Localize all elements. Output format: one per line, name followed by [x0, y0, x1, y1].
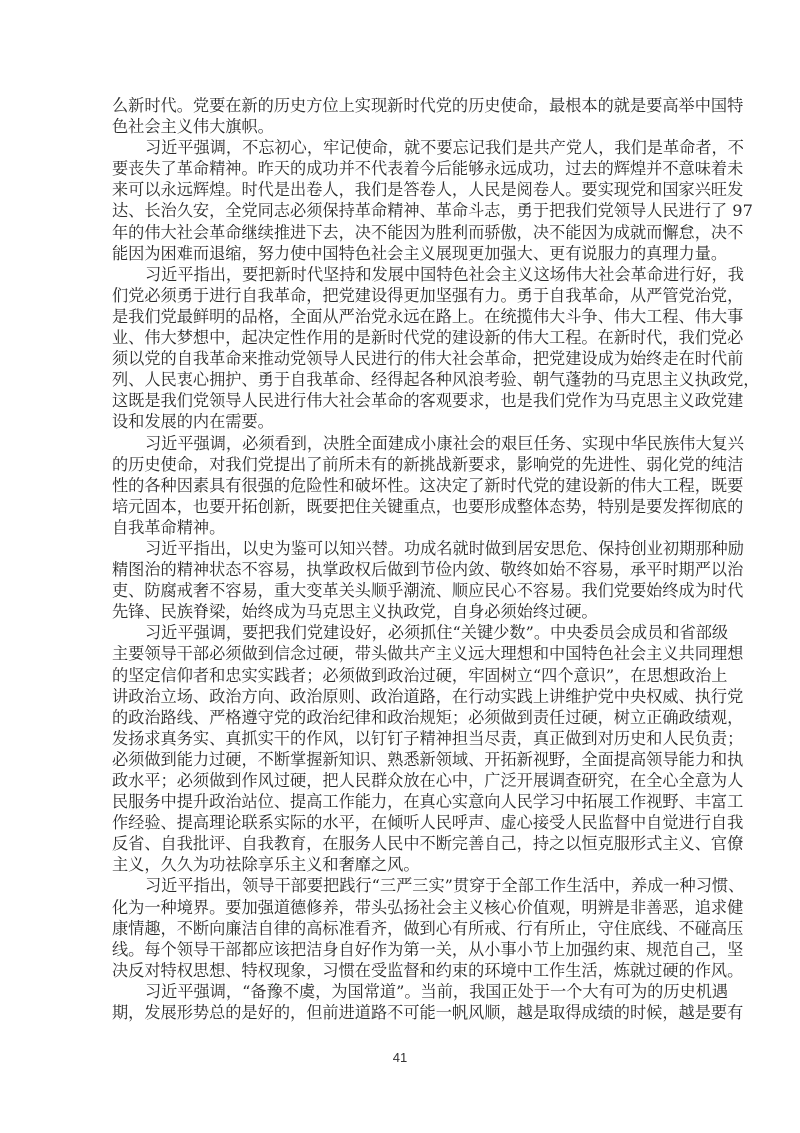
text-line: 化为一种境界。要加强道德修养，带头弘扬社会主义核心价值观，明辨是非善恶，追求健 [112, 897, 682, 918]
text-line: 线。每个领导干部都应该把洁身自好作为第一关，从小事小节上加强约束、规范自己，坚 [112, 939, 682, 960]
text-line: 年的伟大社会革命继续推进下去，决不能因为胜利而骄傲，决不能因为成就而懈怠，决不 [112, 222, 682, 243]
paragraph: 习近平强调，必须看到，决胜全面建成小康社会的艰巨任务、实现中华民族伟大复兴的历史… [112, 433, 682, 538]
text-line: 讲政治立场、政治方向、政治原则、政治道路，在行动实践上讲维护党中央权威、执行党 [112, 686, 682, 707]
paragraph: 习近平强调，要把我们党建设好，必须抓住“关键少数”。中央委员会成员和省部级主要领… [112, 622, 682, 875]
text-line: 习近平指出，领导干部要把践行“三严三实”贯穿于全部工作生活中，养成一种习惯、 [112, 875, 682, 896]
text-line: 列、人民衷心拥护、勇于自我革命、经得起各种风浪考验、朝气蓬勃的马克思主义执政党， [112, 369, 682, 390]
text-line: 精图治的精神状态不容易，执掌政权后做到节俭内敛、敬终如始不容易，承平时期严以治 [112, 559, 682, 580]
text-line: 主要领导干部必须做到信念过硬，带头做共产主义远大理想和中国特色社会主义共同理想 [112, 643, 682, 664]
text-line: 培元固本，也要开拓创新，既要把住关键重点，也要形成整体态势，特别是要发挥彻底的 [112, 496, 682, 517]
text-line: 们党必须勇于进行自我革命，把党建设得更加坚强有力。勇于自我革命，从严管党治党， [112, 285, 682, 306]
text-line: 先锋、民族脊梁，始终成为马克思主义执政党，自身必须始终过硬。 [112, 601, 682, 622]
text-line: 自我革命精神。 [112, 517, 682, 538]
text-line: 习近平指出，以史为鉴可以知兴替。功成名就时做到居安思危、保持创业初期那种励 [112, 538, 682, 559]
text-line: 发扬求真务实、真抓实干的作风，以钉钉子精神担当尽责，真正做到对历史和人民负责； [112, 728, 682, 749]
paragraph: 习近平强调，不忘初心，牢记使命，就不要忘记我们是共产党人，我们是革命者，不要丧失… [112, 137, 682, 264]
paragraph: 习近平指出，领导干部要把践行“三严三实”贯穿于全部工作生活中，养成一种习惯、化为… [112, 875, 682, 980]
text-line: 设和发展的内在需要。 [112, 411, 682, 432]
text-line: 达、长治久安，全党同志必须保持革命精神、革命斗志，勇于把我们党领导人民进行了 9… [112, 200, 682, 221]
body-text: 么新时代。党要在新的历史方位上实现新时代党的历史使命，最根本的就是要高举中国特色… [112, 95, 682, 1023]
text-line: 期，发展形势总的是好的，但前进道路不可能一帆风顺，越是取得成绩的时候，越是要有 [112, 1002, 682, 1023]
text-line: 吏、防腐戒奢不容易，重大变革关头顺乎潮流、顺应民心不容易。我们党要始终成为时代 [112, 580, 682, 601]
text-line: 习近平强调，必须看到，决胜全面建成小康社会的艰巨任务、实现中华民族伟大复兴 [112, 433, 682, 454]
text-line: 必须做到能力过硬，不断掌握新知识、熟悉新领域、开拓新视野，全面提高领导能力和执 [112, 749, 682, 770]
text-line: 政水平；必须做到作风过硬，把人民群众放在心中，广泛开展调查研究，在全心全意为人 [112, 770, 682, 791]
paragraph: 习近平指出，以史为鉴可以知兴替。功成名就时做到居安思危、保持创业初期那种励精图治… [112, 538, 682, 622]
text-line: 民服务中提升政治站位、提高工作能力，在真心实意向人民学习中拓展工作视野、丰富工 [112, 791, 682, 812]
paragraph: 么新时代。党要在新的历史方位上实现新时代党的历史使命，最根本的就是要高举中国特色… [112, 95, 682, 137]
text-line: 性的各种因素具有很强的危险性和破坏性。这决定了新时代党的建设新的伟大工程，既要 [112, 475, 682, 496]
text-line: 习近平指出，要把新时代坚持和发展中国特色社会主义这场伟大社会革命进行好，我 [112, 264, 682, 285]
paragraph: 习近平指出，要把新时代坚持和发展中国特色社会主义这场伟大社会革命进行好，我们党必… [112, 264, 682, 433]
text-line: 的历史使命，对我们党提出了前所未有的新挑战新要求，影响党的先进性、弱化党的纯洁 [112, 454, 682, 475]
text-line: 习近平强调，“备豫不虞，为国常道”。当前，我国正处于一个大有可为的历史机遇 [112, 981, 682, 1002]
text-line: 须以党的自我革命来推动党领导人民进行的伟大社会革命，把党建设成为始终走在时代前 [112, 348, 682, 369]
paragraph: 习近平强调，“备豫不虞，为国常道”。当前，我国正处于一个大有可为的历史机遇期，发… [112, 981, 682, 1023]
text-line: 反省、自我批评、自我教育，在服务人民中不断完善自己，持之以恒克服形式主义、官僚 [112, 833, 682, 854]
text-line: 决反对特权思想、特权现象，习惯在受监督和约束的环境中工作生活，炼就过硬的作风。 [112, 960, 682, 981]
text-line: 的坚定信仰者和忠实实践者；必须做到政治过硬，牢固树立“四个意识”，在思想政治上 [112, 665, 682, 686]
text-line: 要丧失了革命精神。昨天的成功并不代表着今后能够永远成功，过去的辉煌并不意味着未 [112, 158, 682, 179]
text-line: 习近平强调，不忘初心，牢记使命，就不要忘记我们是共产党人，我们是革命者，不 [112, 137, 682, 158]
document-page: 么新时代。党要在新的历史方位上实现新时代党的历史使命，最根本的就是要高举中国特色… [0, 0, 800, 1133]
text-line: 康情趣，不断向廉洁自律的高标准看齐，做到心有所戒、行有所止，守住底线、不碰高压 [112, 918, 682, 939]
text-line: 主义，久久为功祛除享乐主义和奢靡之风。 [112, 854, 682, 875]
text-line: 来可以永远辉煌。时代是出卷人，我们是答卷人，人民是阅卷人。要实现党和国家兴旺发 [112, 179, 682, 200]
text-line: 是我们党最鲜明的品格，全面从严治党永远在路上。在统揽伟大斗争、伟大工程、伟大事 [112, 306, 682, 327]
text-line: 业、伟大梦想中，起决定性作用的是新时代党的建设新的伟大工程。在新时代，我们党必 [112, 327, 682, 348]
text-line: 色社会主义伟大旗帜。 [112, 116, 682, 137]
page-number: 41 [0, 1050, 800, 1065]
text-line: 习近平强调，要把我们党建设好，必须抓住“关键少数”。中央委员会成员和省部级 [112, 622, 682, 643]
text-line: 么新时代。党要在新的历史方位上实现新时代党的历史使命，最根本的就是要高举中国特 [112, 95, 682, 116]
text-line: 能因为困难而退缩，努力使中国特色社会主义展现更加强大、更有说服力的真理力量。 [112, 243, 682, 264]
text-line: 的政治路线、严格遵守党的政治纪律和政治规矩；必须做到责任过硬，树立正确政绩观， [112, 707, 682, 728]
text-line: 这既是我们党领导人民进行伟大社会革命的客观要求，也是我们党作为马克思主义政党建 [112, 390, 682, 411]
text-line: 作经验、提高理论联系实际的水平，在倾听人民呼声、虚心接受人民监督中自觉进行自我 [112, 812, 682, 833]
